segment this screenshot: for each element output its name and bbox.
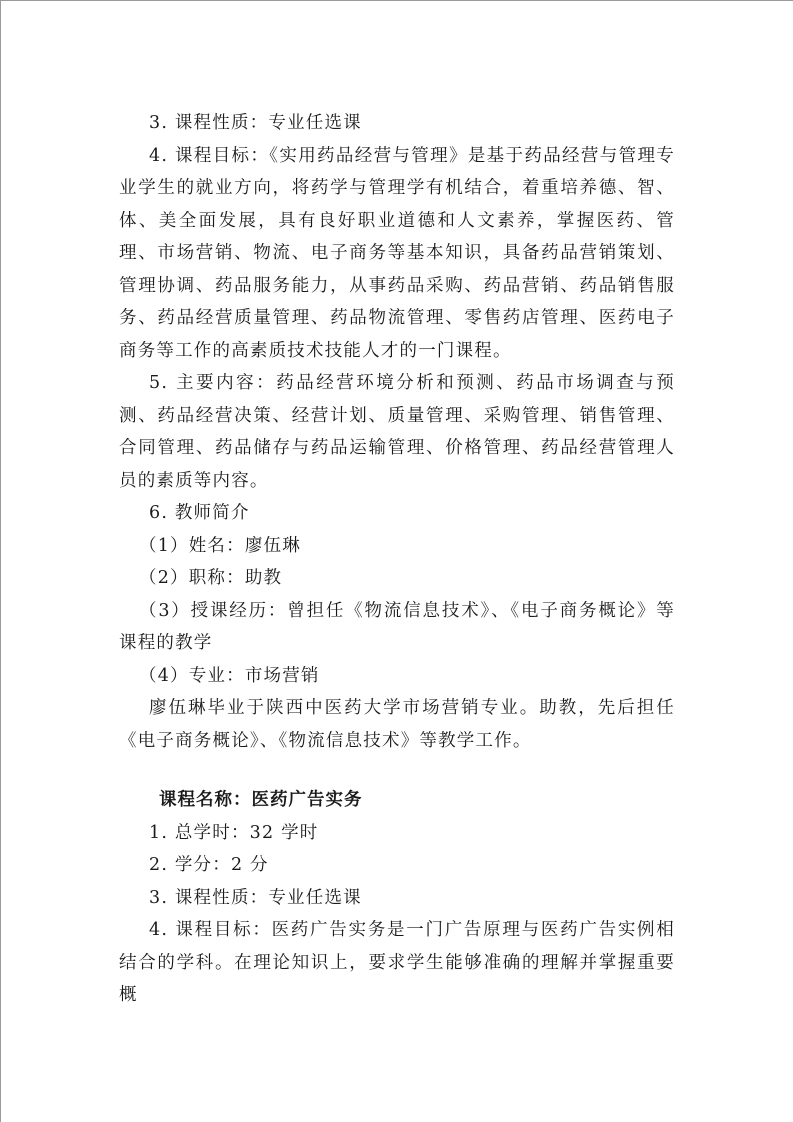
course-title-heading: 课程名称：医药广告实务 [119,784,675,817]
course2-hours: 1. 总学时：32 学时 [119,817,675,850]
teacher-bio: 廖伍琳毕业于陕西中医药大学市场营销专业。助教，先后担任《电子商务概论》、《物流信… [119,692,675,757]
teacher-intro-heading: 6. 教师简介 [119,497,675,530]
teacher-name: （1）姓名：廖伍琳 [119,530,675,563]
course2-nature: 3. 课程性质：专业任选课 [119,882,675,915]
section-gap [119,757,675,784]
course-content: 5. 主要内容：药品经营环境分析和预测、药品市场调查与预测、药品经营决策、经营计… [119,367,675,497]
course2-objective: 4. 课程目标：医药广告实务是一门广告原理与医药广告实例相结合的学科。在理论知识… [119,914,675,1012]
teacher-major: （4）专业：市场营销 [119,660,675,693]
course2-credits: 2. 学分：2 分 [119,849,675,882]
course-objective: 4. 课程目标：《实用药品经营与管理》是基于药品经营与管理专业学生的就业方向，将… [119,140,675,368]
course-nature: 3. 课程性质：专业任选课 [119,107,675,140]
teacher-experience: （3）授课经历：曾担任《物流信息技术》、《电子商务概论》等课程的教学 [119,595,675,660]
teacher-title: （2）职称：助教 [119,562,675,595]
page-content: 3. 课程性质：专业任选课 4. 课程目标：《实用药品经营与管理》是基于药品经营… [119,107,675,1012]
document-page: 3. 课程性质：专业任选课 4. 课程目标：《实用药品经营与管理》是基于药品经营… [0,0,793,1122]
